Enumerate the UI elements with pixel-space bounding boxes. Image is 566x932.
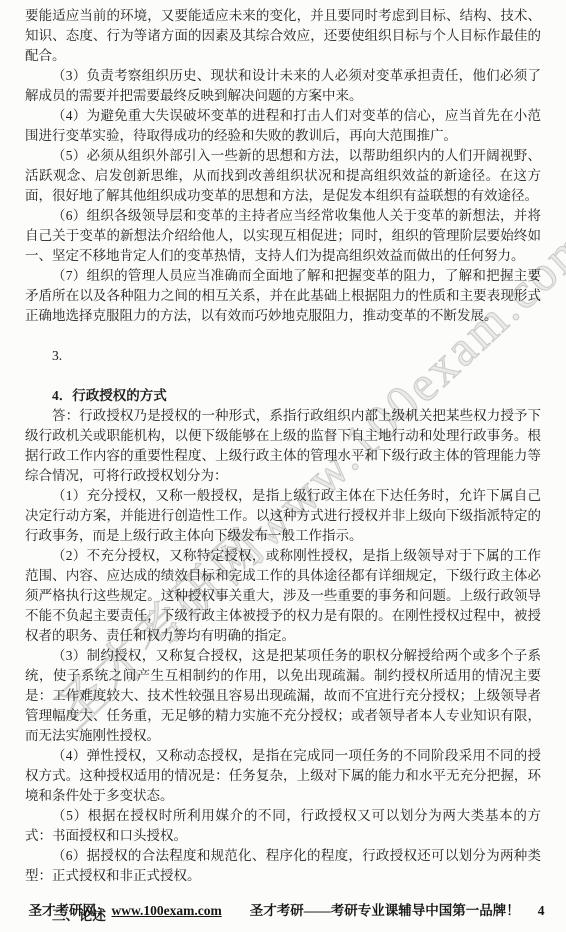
paragraph-item-4: （4）为避免重大失误破坏变革的进程和打击人们对变革的信心，应当首先在小范围进行变… [25, 106, 541, 146]
page-footer: 圣才考研网： www.100exam.com 圣才考研——考研专业课辅导中国第一… [25, 899, 548, 919]
answer-intro: 答：行政授权乃是授权的一种形式，系指行政组织内部上级机关把某些权力授予下级行政机… [25, 406, 541, 486]
document-page: 圣才考研网www.100exam.com 要能适应当前的环境，又要能适应未来的变… [0, 0, 566, 932]
paragraph-item-6: （6）组织各级领导层和变革的主持者应当经常收集他人关于变革的新想法，并将自己关于… [25, 206, 541, 266]
paragraph-item-5: （5）必须从组织外部引入一些新的思想和方法，以帮助组织内的人们开阔视野、活跃观念… [25, 146, 541, 206]
paragraph-item-3: （3）负责考察组织历史、现状和设计未来的人必须对变革承担责任，他们必须了解成员的… [25, 66, 541, 106]
paragraph-continuation: 要能适应当前的环境，又要能适应未来的变化，并且要同时考虑到目标、结构、技术、知识… [25, 6, 541, 66]
answer-item-1: （1）充分授权，又称一般授权，是指上级行政主体在下达任务时，允许下属自己决定行动… [25, 486, 541, 546]
answer-item-5: （5）根据在授权时所利用媒介的不同，行政授权又可以划分为两大类基本的方式：书面授… [25, 806, 541, 846]
footer-site-url-link[interactable]: www.100exam.com [112, 903, 222, 919]
question-3-number: 3. [25, 346, 541, 366]
question-4-heading: 4．行政授权的方式 [25, 386, 541, 406]
answer-item-3: （3）制约授权，又称复合授权，这是把某项任务的职权分解授给两个或多个子系统，使子… [25, 646, 541, 746]
footer-slogan: 圣才考研——考研专业课辅导中国第一品牌！ [250, 899, 520, 919]
footer-site-label: 圣才考研网： [29, 899, 110, 919]
paragraph-item-7: （7）组织的管理人员应当准确而全面地了解和把握变革的阻力，了解和把握主要矛盾所在… [25, 266, 541, 326]
document-body: 要能适应当前的环境，又要能适应未来的变化，并且要同时考虑到目标、结构、技术、知识… [25, 6, 541, 926]
answer-item-2: （2）不充分授权，又称特定授权，或称刚性授权，是指上级领导对于下属的工作范围、内… [25, 546, 541, 646]
answer-item-6: （6）据授权的合法程度和规范化、程序化的程度，行政授权还可以划分为两种类型：正式… [25, 846, 541, 886]
page-number: 4 [538, 903, 545, 919]
answer-item-4: （4）弹性授权，又称动态授权，是指在完成同一项任务的不同阶段采用不同的授权方式。… [25, 746, 541, 806]
